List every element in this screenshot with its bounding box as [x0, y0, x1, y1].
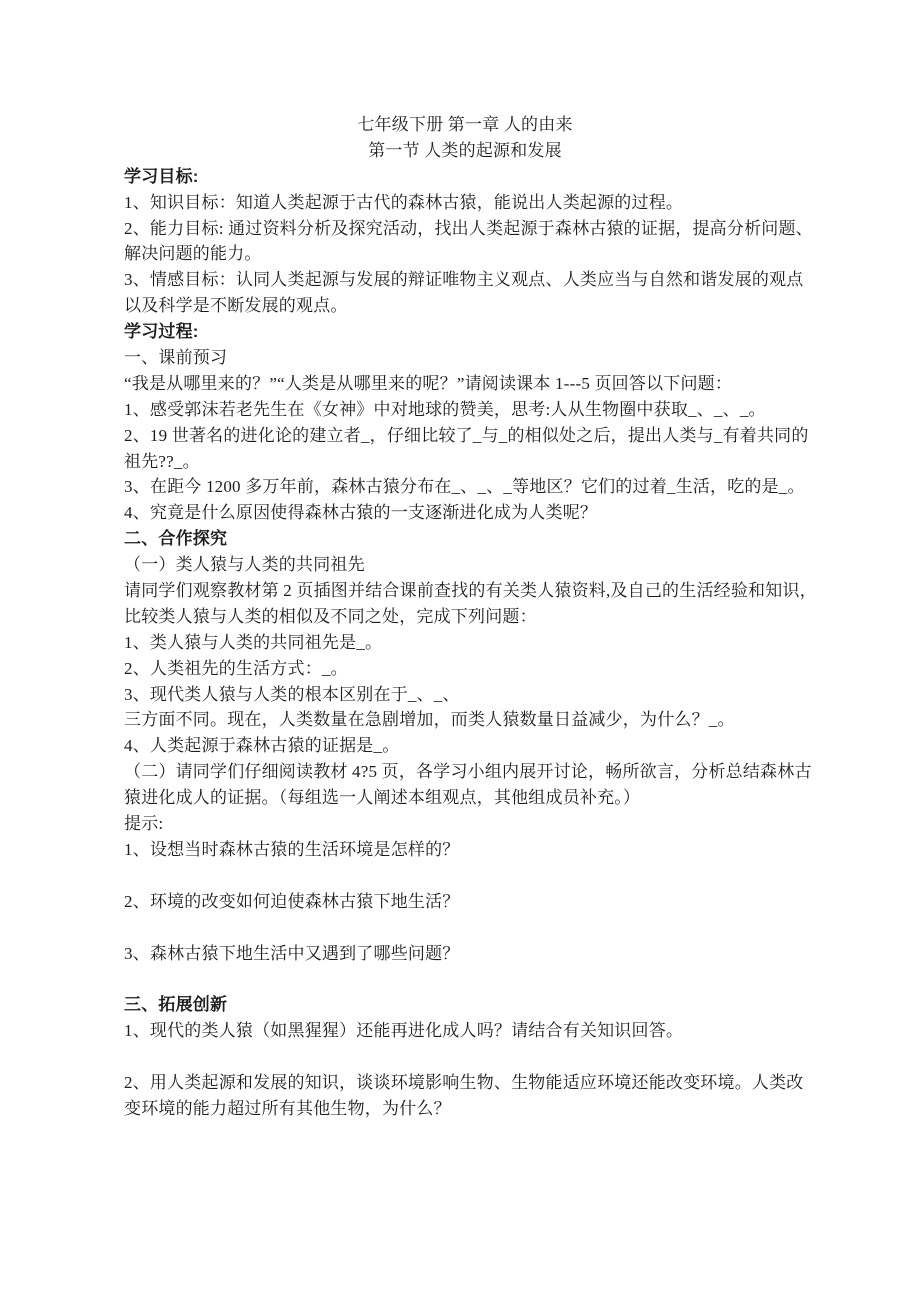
cooperation-part1-intro-line2: 比较类人猿与人类的相似及不同之处，完成下列问题： [124, 604, 806, 630]
expansion-q2-line1: 2、用人类起源和发展的知识，谈谈环境影响生物、生物能适应环境还能改变环境。人类改 [124, 1070, 806, 1096]
learning-process-heading: 学习过程: [124, 319, 806, 345]
goal-ability-line2: 解决问题的能力。 [124, 241, 806, 267]
hint-1: 1、设想当时森林古猿的生活环境是怎样的？ [124, 837, 806, 863]
blank-line [124, 915, 806, 941]
hint-2: 2、环境的改变如何迫使森林古猿下地生活？ [124, 889, 806, 915]
cooperation-part2-line2: 猿进化成人的证据。（每组选一人阐述本组观点，其他组成员补充。） [124, 785, 806, 811]
learning-goals-heading: 学习目标: [124, 164, 806, 190]
cooperation-q1: 1、类人猿与人类的共同祖先是_。 [124, 630, 806, 656]
cooperation-part1-intro-line1: 请同学们观察教材第 2 页插图并结合课前查找的有关类人猿资料,及自己的生活经验和… [124, 578, 806, 604]
hint-3: 3、森林古猿下地生活中又遇到了哪些问题？ [124, 941, 806, 967]
expansion-q1: 1、现代的类人猿（如黑猩猩）还能再进化成人吗？请结合有关知识回答。 [124, 1018, 806, 1044]
preview-section-heading: 一、课前预习 [124, 345, 806, 371]
document-page: 七年级下册 第一章 人的由来 第一节 人类的起源和发展 学习目标: 1、知识目标… [0, 0, 920, 1302]
cooperation-part2-line1: （二）请同学们仔细阅读教材 4?5 页，各学习小组内展开讨论，畅所欲言，分析总结… [124, 759, 806, 785]
goal-knowledge: 1、知识目标：知道人类起源于古代的森林古猿，能说出人类起源的过程。 [124, 190, 806, 216]
preview-q1: 1、感受郭沫若老先生在《女神》中对地球的赞美，思考:人从生物圈中获取_、_、_。 [124, 397, 806, 423]
cooperation-q4: 4、人类起源于森林古猿的证据是_。 [124, 733, 806, 759]
preview-q3: 3、在距今 1200 多万年前，森林古猿分布在_、_、_等地区？它们的过着_生活… [124, 474, 806, 500]
preview-q4: 4、究竟是什么原因使得森林古猿的一支逐渐进化成为人类呢？ [124, 500, 806, 526]
goal-emotion-line2: 以及科学是不断发展的观点。 [124, 293, 806, 319]
cooperation-part1-heading: （一）类人猿与人类的共同祖先 [124, 552, 806, 578]
blank-line [124, 966, 806, 992]
cooperation-q2: 2、人类祖先的生活方式：_。 [124, 656, 806, 682]
preview-q2-line2: 祖先??_。 [124, 449, 806, 475]
cooperation-section-heading: 二、合作探究 [124, 526, 806, 552]
blank-line [124, 863, 806, 889]
preview-intro: “我是从哪里来的？”“人类是从哪里来的呢？”请阅读课本 1---5 页回答以下问… [124, 371, 806, 397]
blank-line [124, 1044, 806, 1070]
expansion-section-heading: 三、拓展创新 [124, 992, 806, 1018]
doc-subtitle: 第一节 人类的起源和发展 [124, 138, 806, 164]
preview-q2-line1: 2、19 世著名的进化论的建立者_，仔细比较了_与_的相似处之后，提出人类与_有… [124, 423, 806, 449]
doc-title: 七年级下册 第一章 人的由来 [124, 112, 806, 138]
cooperation-q3-line2: 三方面不同。现在，人类数量在急剧增加，而类人猿数量日益减少，为什么？_。 [124, 707, 806, 733]
expansion-q2-line2: 变环境的能力超过所有其他生物，为什么？ [124, 1096, 806, 1122]
document-content: 七年级下册 第一章 人的由来 第一节 人类的起源和发展 学习目标: 1、知识目标… [124, 112, 806, 1122]
cooperation-q3-line1: 3、现代类人猿与人类的根本区别在于_、_、 [124, 682, 806, 708]
hints-heading: 提示: [124, 811, 806, 837]
goal-ability-line1: 2、能力目标: 通过资料分析及探究活动，找出人类起源于森林古猿的证据，提高分析问… [124, 216, 806, 242]
goal-emotion-line1: 3、情感目标：认同人类起源与发展的辩证唯物主义观点、人类应当与自然和谐发展的观点 [124, 267, 806, 293]
